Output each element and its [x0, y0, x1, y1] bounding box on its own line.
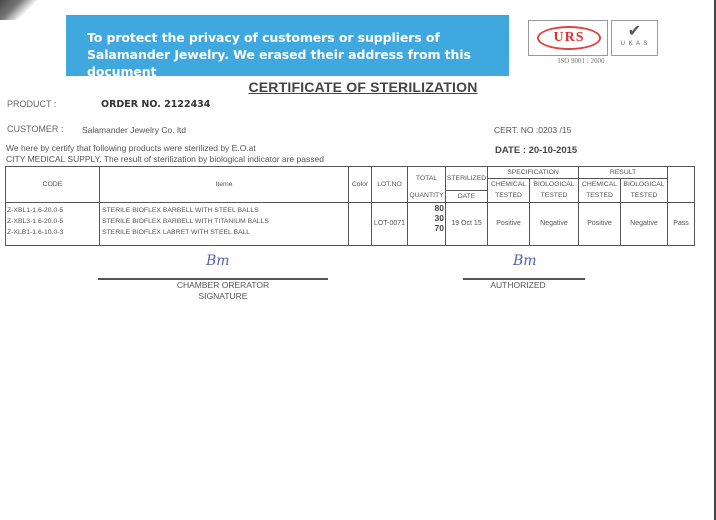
header-specification: SPECIFICATION [488, 167, 579, 179]
sterilization-table: CODE Iteme Color LOT.NO TOTAL STERILIZED… [5, 166, 695, 246]
document-title: CERTIFICATE OF STERILIZATION [0, 79, 716, 95]
check-crown-icon: ✔ [612, 23, 657, 41]
header-item: Iteme [100, 167, 349, 203]
operator-caption-line-2: SIGNATURE [98, 291, 348, 302]
lot-number: LOT-0071 [372, 202, 408, 245]
header-blank [668, 167, 695, 203]
certification-logos: URS ✔ U K A S ISO 9001 : 2000 [528, 20, 663, 68]
certification-statement-line-2: CITY MEDICAL SUPPLY. The result of steri… [6, 154, 324, 165]
header-result-chemical: CHEMICAL [579, 179, 621, 191]
spec-biological-value: Negative [530, 202, 579, 245]
scan-corner-shadow [0, 0, 50, 20]
header-spec-biological-tested: TESTED [530, 190, 579, 202]
certificate-date: DATE : 20-10-2015 [495, 145, 577, 156]
item-code: Z-XBL3-1.6-20.0-5 [7, 216, 99, 227]
operator-signature: Bm [206, 253, 230, 269]
quantity-value: 30 [408, 213, 444, 223]
color-cell [349, 202, 372, 245]
table-row: Z-XBL1-1.6-20.0-5 Z-XBL3-1.6-20.0-5 Z-XL… [6, 202, 695, 245]
quantity-value: 70 [408, 223, 444, 233]
urs-logo: URS [528, 20, 608, 56]
cert-number: CERT. NO :0203 /15 [494, 125, 571, 135]
item-cell: STERILE BIOFLEX BARBELL WITH STEEL BALLS… [100, 202, 349, 245]
item-description: STERILE BIOFLEX BARBELL WITH STEEL BALLS [102, 205, 348, 216]
code-cell: Z-XBL1-1.6-20.0-5 Z-XBL3-1.6-20.0-5 Z-XL… [6, 202, 100, 245]
header-spec-biological: BIOLOGICAL [530, 179, 579, 191]
final-result: Pass [668, 202, 695, 245]
header-result-biological: BIOLOGICAL [621, 179, 668, 191]
quantity-cell: 80 30 70 [408, 202, 446, 245]
privacy-notice-line-1: To protect the privacy of customers or s… [87, 29, 509, 46]
header-total: TOTAL [408, 167, 446, 191]
header-color: Color [349, 167, 372, 203]
result-biological-value: Negative [621, 202, 668, 245]
header-result: RESULT [579, 167, 668, 179]
item-code: Z-XBL1-1.6-20.0-5 [7, 205, 99, 216]
sterilized-date: 19 Oct 15 [446, 202, 488, 245]
iso-label: ISO 9001 : 2000 [558, 57, 604, 65]
urs-logo-text: URS [537, 26, 601, 50]
header-result-biological-tested: TESTED [621, 190, 668, 202]
ukas-logo: ✔ U K A S [611, 20, 658, 56]
certification-statement-line-1: We here by certify that following produc… [6, 143, 324, 154]
certification-statement: We here by certify that following produc… [6, 143, 324, 165]
operator-signature-caption: CHAMBER ORERATOR SIGNATURE [98, 280, 348, 302]
product-label: PRODUCT : [7, 99, 56, 109]
result-chemical-value: Positive [579, 202, 621, 245]
header-result-chemical-tested: TESTED [579, 190, 621, 202]
header-lot-no: LOT.NO [372, 167, 408, 203]
header-quantity: QUANTITY [408, 190, 446, 202]
header-spec-chemical-tested: TESTED [488, 190, 530, 202]
item-description: STERILE BIOFLEX BARBELL WITH TITANIUM BA… [102, 216, 348, 227]
header-code: CODE [6, 167, 100, 203]
header-date: DATE [446, 190, 488, 202]
customer-label: CUSTOMER : [7, 124, 63, 134]
ukas-logo-text: U K A S [612, 41, 657, 47]
header-spec-chemical: CHEMICAL [488, 179, 530, 191]
item-description: STERILE BIOFLEX LABRET WITH STEEL BALL [102, 227, 348, 238]
privacy-notice-banner: To protect the privacy of customers or s… [66, 15, 509, 76]
authorized-caption: AUTHORIZED [463, 280, 573, 291]
quantity-value: 80 [408, 203, 444, 213]
product-value: ORDER NO. 2122434 [101, 99, 210, 110]
customer-value: Salamander Jewelry Co. ltd [82, 125, 186, 135]
operator-caption-line-1: CHAMBER ORERATOR [98, 280, 348, 291]
spec-chemical-value: Positive [488, 202, 530, 245]
header-sterilized: STERILIZED [446, 167, 488, 191]
privacy-notice-line-2: Salamander Jewelry. We erased their addr… [87, 46, 509, 80]
item-code: Z-XLB1-1.6-10.0-3 [7, 227, 99, 238]
authorized-signature: Bm [513, 253, 537, 269]
